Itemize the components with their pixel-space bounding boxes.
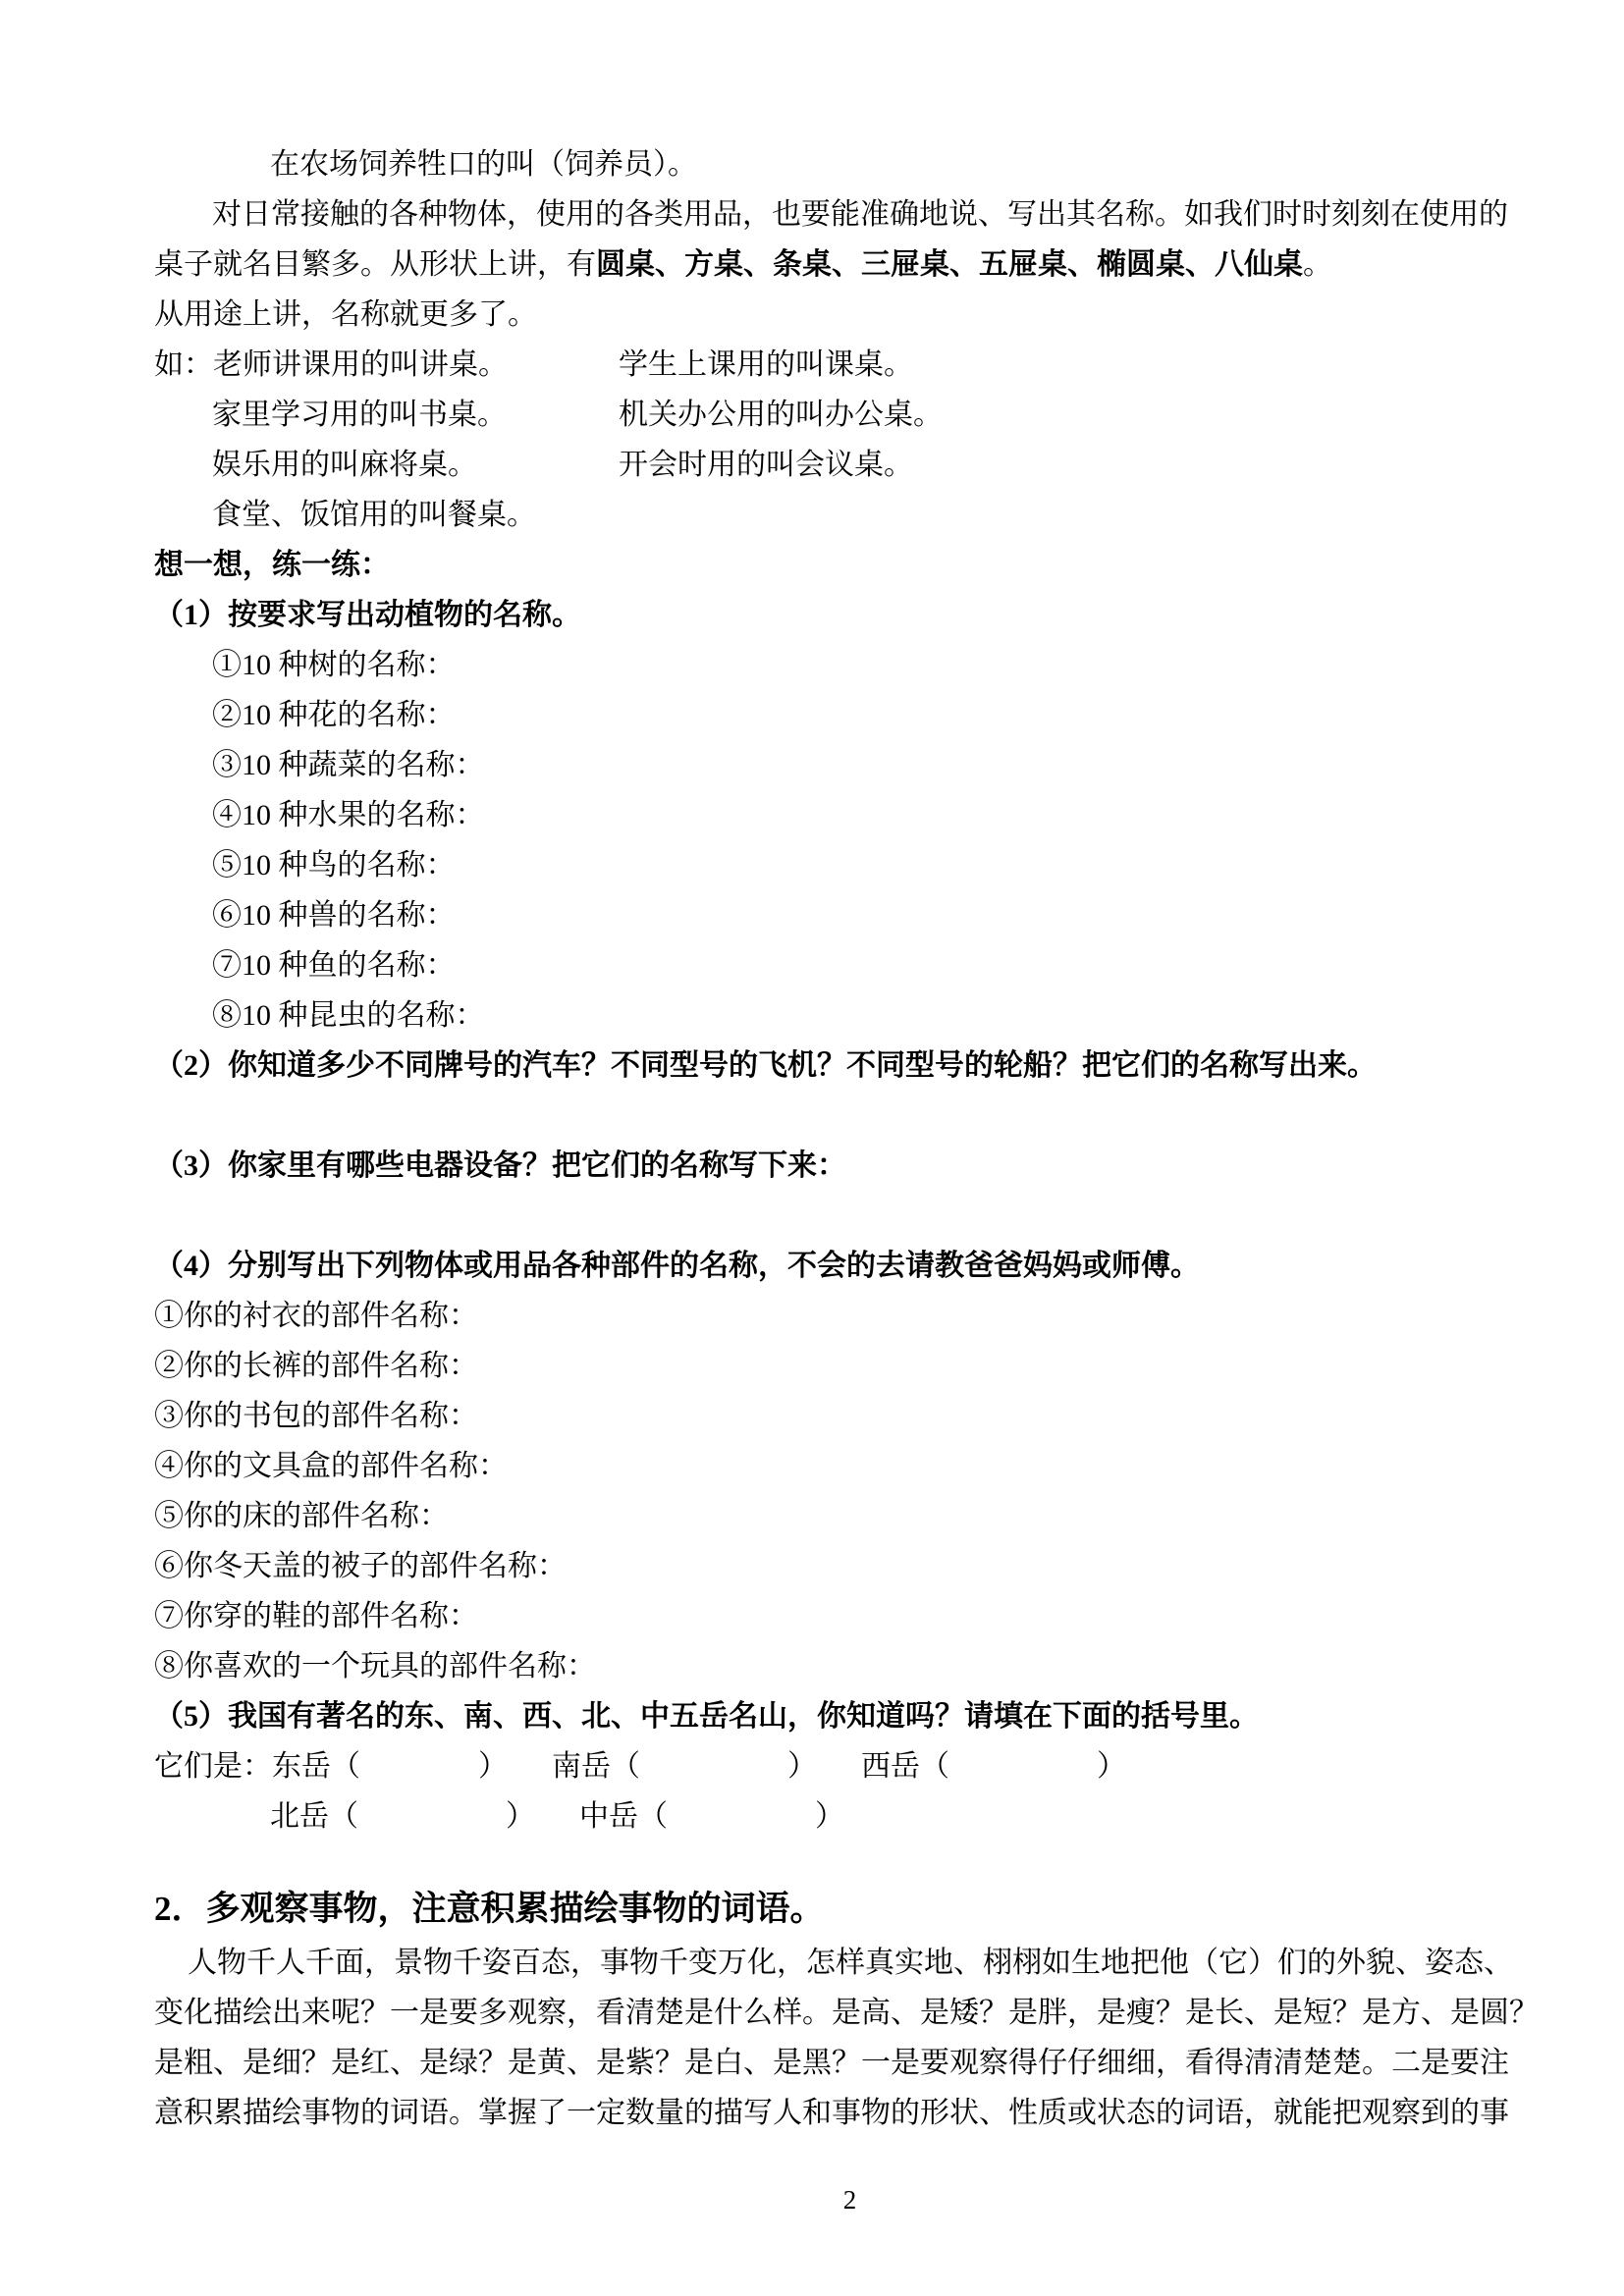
- footer-gap: [154, 2138, 1545, 2182]
- question-2: （2）你知道多少不同牌号的汽车？不同型号的飞机？不同型号的轮船？把它们的名称写出…: [154, 1041, 1545, 1091]
- five-mountains-line-1: 它们是：东岳（ ） 南岳（ ） 西岳（ ）: [154, 1741, 1545, 1791]
- section-2-heading: 2．多观察事物，注意积累描绘事物的词语。: [154, 1881, 1545, 1938]
- closing-paragraph-line: 变化描绘出来呢？一是要多观察，看清楚是什么样。是高、是矮？是胖，是瘦？是长、是短…: [154, 1988, 1545, 2038]
- exercise-heading: 想一想，练一练：: [154, 540, 1545, 590]
- question-5: （5）我国有著名的东、南、西、北、中五岳名山，你知道吗？请填在下面的括号里。: [154, 1691, 1545, 1741]
- section-2-number: 2．: [154, 1890, 206, 1928]
- closing-paragraph-line: 意积累描绘事物的词语。掌握了一定数量的描写人和事物的形状、性质或状态的词语，就能…: [154, 2088, 1545, 2138]
- paragraph-farm-keeper: 在农场饲养牲口的叫（饲养员）。: [154, 139, 1545, 189]
- desk-usage-row: 如：老师讲课用的叫讲桌。学生上课用的叫课桌。: [154, 340, 1545, 390]
- page-number: 2: [154, 2182, 1545, 2217]
- paragraph-desk-usage: 从用途上讲，名称就更多了。: [154, 290, 1545, 340]
- q4-item: ⑥你冬天盖的被子的部件名称：: [154, 1541, 1545, 1591]
- q4-item: ⑦你穿的鞋的部件名称：: [154, 1591, 1545, 1641]
- blank-line: [154, 1191, 1545, 1241]
- document-body: 在农场饲养牲口的叫（饲养员）。 对日常接触的各种物体，使用的各类用品，也要能准确…: [0, 0, 1624, 2217]
- desk-shapes-period: 。: [1303, 248, 1332, 281]
- document-page: 在农场饲养牲口的叫（饲养员）。 对日常接触的各种物体，使用的各类用品，也要能准确…: [0, 0, 1624, 2296]
- desk-usage-row: 家里学习用的叫书桌。机关办公用的叫办公桌。: [154, 390, 1545, 440]
- desk-usage-right: 学生上课用的叫课桌。: [619, 348, 913, 381]
- q1-item: ⑥10 种兽的名称：: [154, 890, 1545, 940]
- q1-item: ④10 种水果的名称：: [154, 790, 1545, 840]
- desk-usage-row: 娱乐用的叫麻将桌。开会时用的叫会议桌。: [154, 440, 1545, 490]
- desk-usage-row: 食堂、饭馆用的叫餐桌。: [154, 490, 1545, 540]
- desk-shapes-bold-list: 圆桌、方桌、条桌、三屉桌、五屉桌、椭圆桌、八仙桌: [596, 248, 1303, 281]
- q1-item: ⑦10 种鱼的名称：: [154, 940, 1545, 990]
- desk-usage-left: 如：老师讲课用的叫讲桌。: [154, 340, 619, 390]
- q4-item: ③你的书包的部件名称：: [154, 1391, 1545, 1441]
- closing-paragraph-line: 是粗、是细？是红、是绿？是黄、是紫？是白、是黑？一是要观察得仔仔细细，看得清清楚…: [154, 2038, 1545, 2088]
- desk-usage-right: 机关办公用的叫办公桌。: [619, 399, 943, 431]
- q1-item: ②10 种花的名称：: [154, 690, 1545, 740]
- desk-shapes-prefix: 桌子就名目繁多。从形状上讲，有: [154, 248, 596, 281]
- q4-item: ①你的衬衣的部件名称：: [154, 1291, 1545, 1341]
- q1-item: ①10 种树的名称：: [154, 640, 1545, 690]
- section-gap: [154, 1842, 1545, 1881]
- q4-item: ⑤你的床的部件名称：: [154, 1491, 1545, 1541]
- section-2-title: 多观察事物，注意积累描绘事物的词语。: [206, 1890, 825, 1928]
- desk-usage-left: 娱乐用的叫麻将桌。: [154, 440, 619, 490]
- q4-item: ②你的长裤的部件名称：: [154, 1341, 1545, 1391]
- blank-line: [154, 1091, 1545, 1141]
- desk-usage-left: 家里学习用的叫书桌。: [154, 390, 619, 440]
- q1-item: ⑧10 种昆虫的名称：: [154, 990, 1545, 1041]
- q4-item: ⑧你喜欢的一个玩具的部件名称：: [154, 1641, 1545, 1691]
- q1-item: ③10 种蔬菜的名称：: [154, 740, 1545, 790]
- paragraph-desk-shapes: 桌子就名目繁多。从形状上讲，有圆桌、方桌、条桌、三屉桌、五屉桌、椭圆桌、八仙桌。: [154, 240, 1545, 290]
- question-1: （1）按要求写出动植物的名称。: [154, 590, 1545, 640]
- closing-paragraph-line: 人物千人千面，景物千姿百态，事物千变万化，怎样真实地、栩栩如生地把他（它）们的外…: [154, 1938, 1545, 1988]
- q1-item: ⑤10 种鸟的名称：: [154, 840, 1545, 890]
- q4-item: ④你的文具盒的部件名称：: [154, 1441, 1545, 1491]
- five-mountains-line-2: 北岳（ ） 中岳（ ）: [154, 1791, 1545, 1842]
- paragraph-daily-objects: 对日常接触的各种物体，使用的各类用品，也要能准确地说、写出其名称。如我们时时刻刻…: [154, 189, 1545, 240]
- desk-usage-right: 开会时用的叫会议桌。: [619, 449, 913, 481]
- question-3: （3）你家里有哪些电器设备？把它们的名称写下来：: [154, 1141, 1545, 1191]
- desk-usage-left: 食堂、饭馆用的叫餐桌。: [154, 490, 619, 540]
- question-4: （4）分别写出下列物体或用品各种部件的名称，不会的去请教爸爸妈妈或师傅。: [154, 1241, 1545, 1291]
